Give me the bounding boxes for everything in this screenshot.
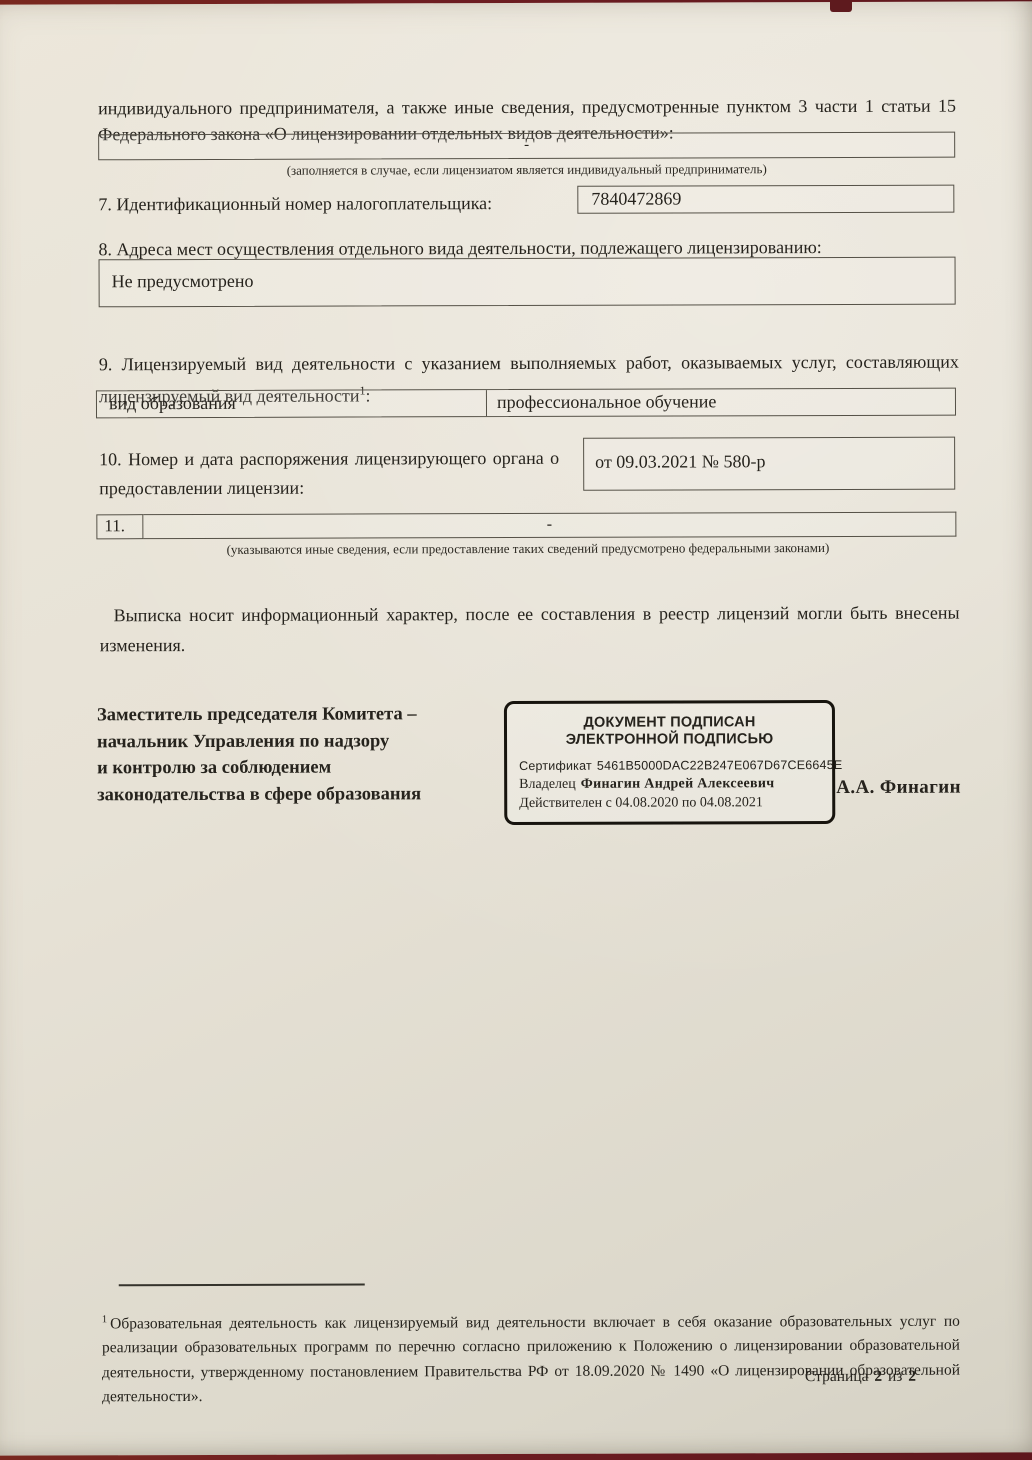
stamp-owner: ВладелецФинагин Андрей Алексеевич (519, 776, 832, 793)
field9-table: вид образования профессиональное обучени… (96, 388, 956, 419)
document-content: индивидуального предпринимателя, а также… (0, 0, 1032, 1460)
electronic-signature-stamp: ДОКУМЕНТ ПОДПИСАН ЭЛЕКТРОННОЙ ПОДПИСЬЮ С… (504, 700, 835, 825)
field11-row: 11. - (96, 512, 956, 540)
field11-number-box: 11. (96, 514, 143, 539)
footnote-text: 1Образовательная деятельность как лиценз… (102, 1305, 960, 1410)
field8-value-box: Не предусмотрено (99, 257, 956, 308)
background-edge-mark (830, 0, 852, 12)
document-page: индивидуального предпринимателя, а также… (0, 1, 1032, 1455)
stamp-owner-name: Финагин Андрей Алексеевич (581, 776, 775, 792)
stamp-title-line1: ДОКУМЕНТ ПОДПИСАН (507, 714, 832, 732)
intro-value-box: - (98, 132, 955, 161)
signatory-name: А.А. Финагин (836, 777, 961, 799)
field7-label: 7. Идентификационный номер налогоплатель… (98, 193, 492, 215)
field11-caption: (указываются иные сведения, если предост… (99, 540, 956, 559)
field9-table-cell-service: профессиональное обучение (487, 389, 955, 416)
info-note: Выписка носит информационный характер, п… (100, 598, 960, 661)
field7-value-box: 7840472869 (577, 185, 954, 214)
stamp-owner-label: Владелец (519, 777, 576, 792)
footnote-body: Образовательная деятельность как лицензи… (102, 1312, 960, 1405)
field7-value: 7840472869 (591, 188, 681, 208)
signatory-position-line: начальник Управления по надзору (97, 727, 527, 755)
stamp-validity: Действителен с 04.08.2020 по 04.08.2021 (519, 795, 832, 812)
intro-value: - (524, 137, 529, 153)
page-number-of: из (888, 1368, 902, 1385)
stamp-certificate-label: Сертификат (519, 759, 592, 773)
field10-label: 10. Номер и дата распоряжения лицензирую… (99, 444, 559, 503)
field10-value: от 09.03.2021 № 580-р (595, 451, 765, 472)
stamp-title: ДОКУМЕНТ ПОДПИСАН ЭЛЕКТРОННОЙ ПОДПИСЬЮ (507, 714, 832, 749)
signatory-position-line: законодательства в сфере образования (97, 780, 527, 808)
page-number-prefix: Страница (805, 1368, 869, 1385)
signatory-position-line: Заместитель председателя Комитета – (97, 701, 527, 729)
footnote-marker: 1 (102, 1314, 107, 1325)
field11-value-box: - (143, 512, 956, 540)
field8-value: Не предусмотрено (112, 271, 254, 291)
intro-caption: (заполняется в случае, если лицензиатом … (98, 161, 955, 180)
field9-table-cell-activity: вид образования (97, 390, 487, 417)
page-number: Страница 2 из 2 (658, 1368, 918, 1387)
photo-background: индивидуального предпринимателя, а также… (0, 0, 1032, 1460)
page-number-total: 2 (908, 1368, 916, 1385)
footnote-divider (119, 1283, 365, 1286)
stamp-title-line2: ЭЛЕКТРОННОЙ ПОДПИСЬЮ (507, 731, 832, 749)
stamp-certificate-value: 5461B5000DAC22B247E067D67CE6645E (597, 758, 843, 773)
field10-value-box: от 09.03.2021 № 580-р (583, 437, 955, 491)
signatory-position-line: и контролю за соблюдением (97, 754, 527, 782)
stamp-certificate: Сертификат5461B5000DAC22B247E067D67CE664… (519, 758, 832, 773)
page-number-current: 2 (874, 1368, 882, 1385)
signatory-position: Заместитель председателя Комитета – нача… (97, 701, 527, 808)
